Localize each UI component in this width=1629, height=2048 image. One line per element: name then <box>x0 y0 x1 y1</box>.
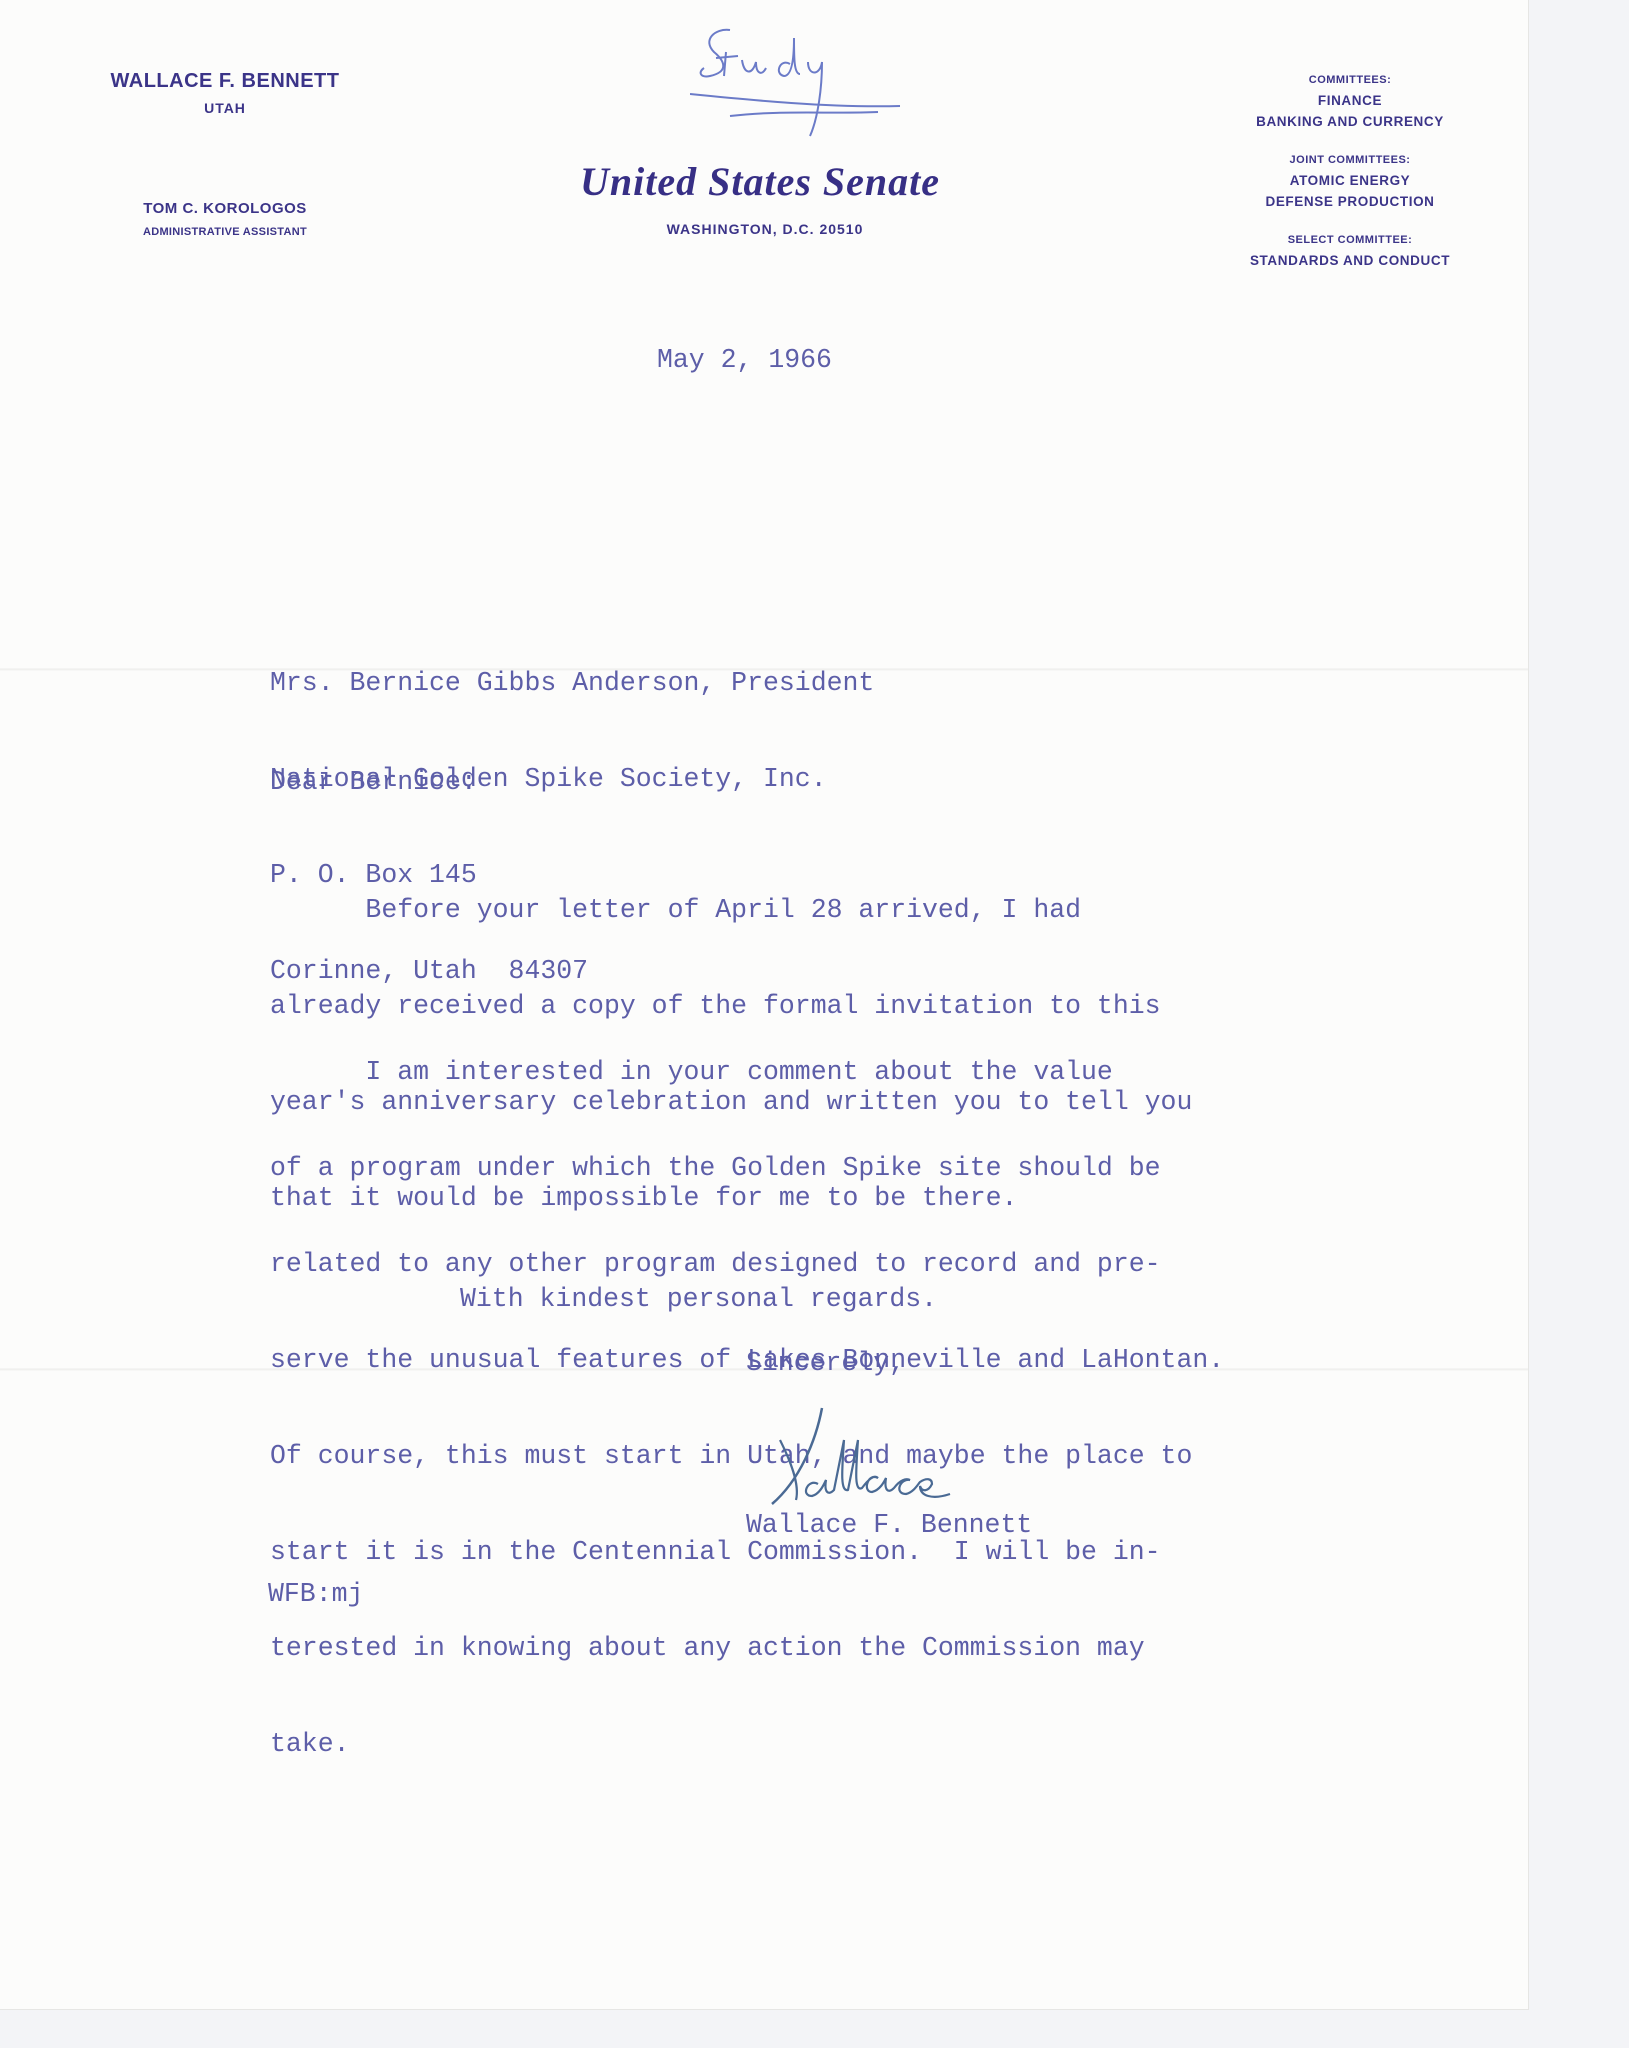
assistant-name: TOM C. KOROLOGOS <box>100 200 350 217</box>
senator-state: UTAH <box>70 100 380 116</box>
senator-name: WALLACE F. BENNETT <box>70 70 380 93</box>
handwritten-study-note <box>690 18 910 138</box>
body-paragraph: I am interested in your comment about th… <box>270 992 1224 1824</box>
signoff: Sincerely, <box>746 1347 905 1379</box>
typed-signer-name: Wallace F. Bennett <box>746 1509 1032 1541</box>
salutation: Dear Bernice: <box>270 766 477 798</box>
committee-heading: COMMITTEES: <box>1190 70 1510 90</box>
committee-item: ATOMIC ENERGY <box>1190 170 1510 191</box>
paragraph-line: of a program under which the Golden Spik… <box>270 1152 1224 1184</box>
reference-initials: WFB:mj <box>268 1578 363 1610</box>
institution-title: United States Senate <box>500 158 1020 205</box>
paragraph-line: related to any other program designed to… <box>270 1248 1224 1280</box>
closing-line: With kindest personal regards. <box>460 1283 937 1315</box>
committee-item: BANKING AND CURRENCY <box>1190 111 1510 132</box>
paragraph-line: Of course, this must start in Utah, and … <box>270 1440 1224 1472</box>
committee-item: DEFENSE PRODUCTION <box>1190 191 1510 212</box>
committee-item: FINANCE <box>1190 90 1510 111</box>
address-line: Mrs. Bernice Gibbs Anderson, President <box>270 667 874 699</box>
committee-heading: SELECT COMMITTEE: <box>1190 230 1510 250</box>
assistant-title: ADMINISTRATIVE ASSISTANT <box>100 226 350 238</box>
committee-group: JOINT COMMITTEES: ATOMIC ENERGY DEFENSE … <box>1190 150 1510 212</box>
paragraph-line: take. <box>270 1728 1224 1760</box>
committee-heading: JOINT COMMITTEES: <box>1190 150 1510 170</box>
paragraph-line: terested in knowing about any action the… <box>270 1632 1224 1664</box>
handwritten-signature <box>760 1400 990 1510</box>
committees-list: COMMITTEES: FINANCE BANKING AND CURRENCY… <box>1190 70 1510 289</box>
paragraph-line: I am interested in your comment about th… <box>270 1056 1224 1088</box>
paragraph-line: Before your letter of April 28 arrived, … <box>270 894 1192 926</box>
letter-date: May 2, 1966 <box>657 344 832 376</box>
institution-address: WASHINGTON, D.C. 20510 <box>580 221 950 237</box>
committee-group: COMMITTEES: FINANCE BANKING AND CURRENCY <box>1190 70 1510 132</box>
committee-group: SELECT COMMITTEE: STANDARDS AND CONDUCT <box>1190 230 1510 271</box>
letter-page: WALLACE F. BENNETT UTAH TOM C. KOROLOGOS… <box>0 0 1529 2010</box>
committee-item: STANDARDS AND CONDUCT <box>1190 250 1510 271</box>
